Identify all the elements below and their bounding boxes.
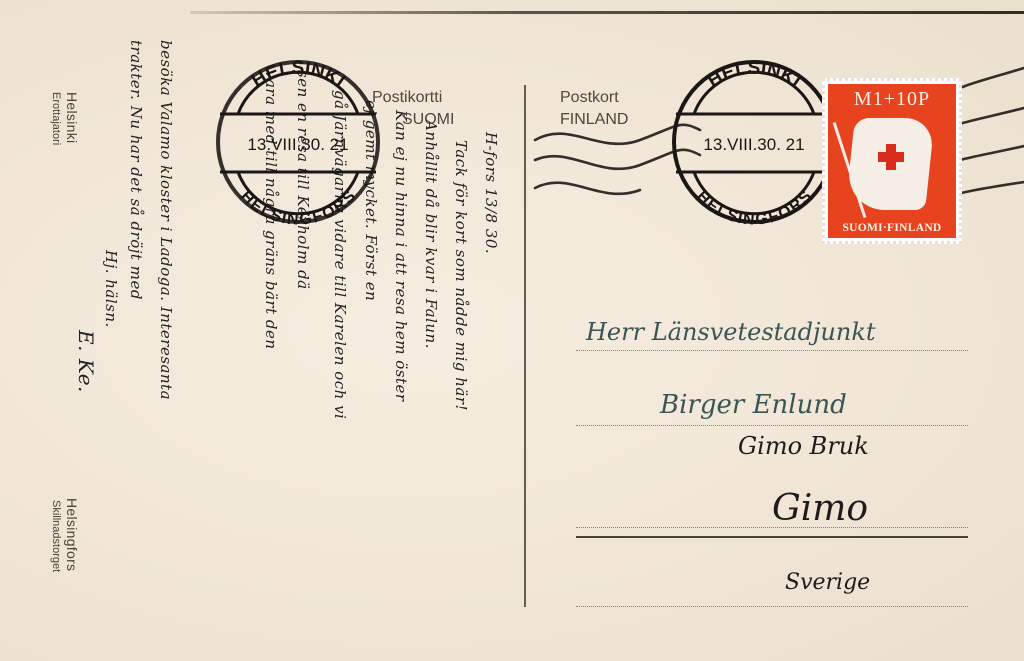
postage-stamp: M1+10P SUOMI·FINLAND — [822, 78, 962, 244]
postmark-helsinki-left: HELSINKI HELSINGFORS 13.VIII.30. 21 — [208, 52, 388, 232]
caption-finnish-sub: Erottajatori — [50, 92, 62, 145]
svg-text:13.VIII.30. 21: 13.VIII.30. 21 — [703, 135, 804, 154]
address-rule-solid — [576, 536, 968, 538]
message-signature: E. Ke. — [74, 330, 98, 393]
caption-finnish-title: Helsinki — [64, 92, 80, 143]
card-top-edge — [190, 11, 1024, 14]
message-line: besöka Valamo kloster i Ladoga. Interesa… — [157, 40, 175, 400]
stamp-country: SUOMI·FINLAND — [828, 222, 956, 234]
address-country: Sverige — [785, 570, 870, 595]
address-recipient-name: Birger Enlund — [660, 390, 847, 420]
stamp-value: M1+10P — [828, 88, 956, 111]
svg-text:HELSINKI: HELSINKI — [248, 58, 348, 92]
address-recipient-title: Herr Länsvetestadjunkt — [586, 318, 876, 346]
message-closing: Hj. hälsn. — [102, 250, 120, 328]
postcard: Helsinki Erottajatori Helsingfors Skilln… — [0, 0, 1024, 661]
address-rule-1 — [576, 350, 968, 351]
svg-text:HELSINGFORS: HELSINGFORS — [693, 188, 815, 229]
address-locality: Gimo Bruk — [738, 432, 869, 460]
svg-text:HELSINGFORS: HELSINGFORS — [237, 188, 359, 229]
svg-text:13.VIII.30. 21: 13.VIII.30. 21 — [247, 135, 348, 154]
stamp-face: M1+10P SUOMI·FINLAND — [828, 84, 956, 238]
caption-swedish-sub: Skillnadstorget — [50, 500, 62, 572]
message-line: trakter. Nu har det så dröjt med — [127, 40, 145, 300]
address-rule-2 — [576, 425, 968, 426]
postmark-helsinki-right: HELSINKI HELSINGFORS 13.VIII.30. 21 — [664, 52, 844, 232]
svg-text:HELSINKI: HELSINKI — [704, 58, 804, 92]
caption-swedish-title: Helsingfors — [64, 498, 80, 571]
address-rule-4 — [576, 606, 968, 607]
address-town: Gimo — [772, 488, 868, 529]
